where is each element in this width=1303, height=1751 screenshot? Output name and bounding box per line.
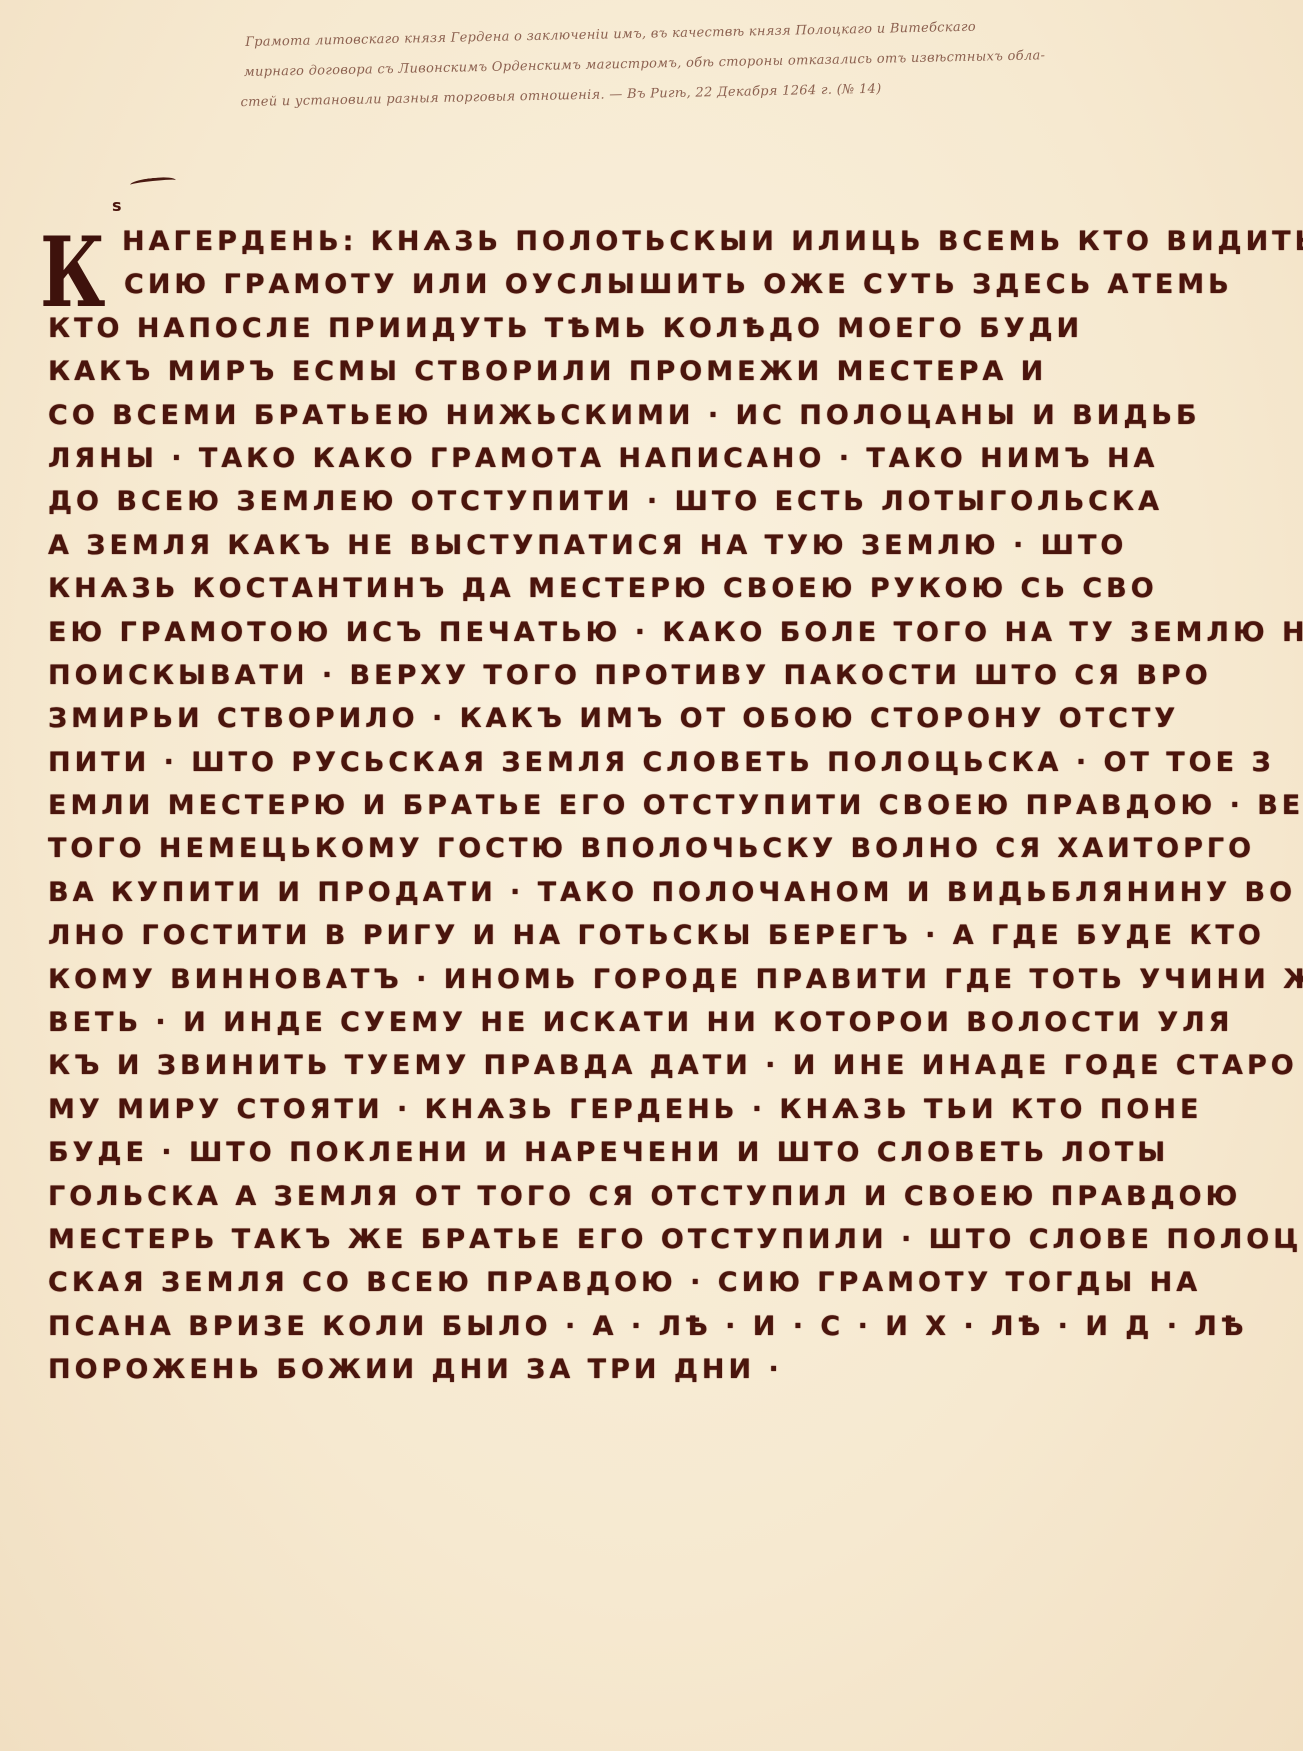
- manuscript-line: ПИТИ · ШТО РУСЬСКАЯ ЗЕМЛЯ СЛОВЕТЬ ПОЛОЦЬ…: [48, 741, 1278, 784]
- manuscript-line: СКАЯ ЗЕМЛЯ СО ВСЕЮ ПРАВДОЮ · СИЮ ГРАМОТУ…: [48, 1261, 1278, 1304]
- manuscript-line: КОМУ ВИННОВАТЪ · ИНОМЬ ГОРОДЕ ПРАВИТИ ГД…: [48, 958, 1278, 1001]
- manuscript-page: Грамота литовскаго князя Гердена о заклю…: [0, 0, 1303, 1751]
- manuscript-line: А ЗЕМЛЯ КАКЪ НЕ ВЫСТУПАТИСЯ НА ТУЮ ЗЕМЛЮ…: [48, 524, 1278, 567]
- manuscript-line: СО ВСЕМИ БРАТЬЕЮ НИЖЬСКИМИ · ИС ПОЛОЦАНЫ…: [48, 394, 1278, 437]
- manuscript-line: ЕМЛИ МЕСТЕРЮ И БРАТЬЕ ЕГО ОТСТУПИТИ СВОЕ…: [48, 784, 1278, 827]
- manuscript-line: КНѦЗЬ КОСТАНТИНЪ ДА МЕСТЕРЮ СВОЕЮ РУКОЮ …: [48, 567, 1278, 610]
- manuscript-line: ВЕТЬ · И ИНДЕ СУЕМУ НЕ ИСКАТИ НИ КОТОРОИ…: [48, 1001, 1278, 1044]
- manuscript-line: КТО НАПОСЛЕ ПРИИДУТЬ ТѢМЬ КОЛѢДО МОЕГО Б…: [48, 307, 1278, 350]
- manuscript-line: МУ МИРУ СТОЯТИ · КНѦЗЬ ГЕРДЕНЬ · КНѦЗЬ Т…: [48, 1088, 1278, 1131]
- manuscript-line: ВА КУПИТИ И ПРОДАТИ · ТАКО ПОЛОЧАНОМ И В…: [48, 871, 1278, 914]
- manuscript-line: БУДЕ · ШТО ПОКЛЕНИ И НАРЕЧЕНИ И ШТО СЛОВ…: [48, 1131, 1278, 1174]
- manuscript-line: ЕЮ ГРАМОТОЮ ИСЪ ПЕЧАТЬЮ · КАКО БОЛЕ ТОГО…: [48, 611, 1278, 654]
- superscript-mark: ѕ: [112, 196, 122, 215]
- manuscript-line: ЛНО ГОСТИТИ В РИГУ И НА ГОТЬСКЫ БЕРЕГЪ ·…: [48, 914, 1278, 957]
- manuscript-line: ПОИСКЫВАТИ · ВЕРХУ ТОГО ПРОТИВУ ПАКОСТИ …: [48, 654, 1278, 697]
- manuscript-line: ЛЯНЫ · ТАКО КАКО ГРАМОТА НАПИСАНО · ТАКО…: [48, 437, 1278, 480]
- editorial-header-note: Грамота литовскаго князя Гердена о заклю…: [245, 9, 1147, 118]
- manuscript-line: КЪ И ЗВИНИТЬ ТУЕМУ ПРАВДА ДАТИ · И ИНЕ И…: [48, 1044, 1278, 1087]
- manuscript-line: КАКЪ МИРЪ ЕСМЫ СТВОРИЛИ ПРОМЕЖИ МЕСТЕРА …: [48, 350, 1278, 393]
- manuscript-line: ПОРОЖЕНЬ БОЖИИ ДНИ ЗА ТРИ ДНИ ·: [48, 1348, 1278, 1391]
- manuscript-line: ГОЛЬСКА А ЗЕМЛЯ ОТ ТОГО СЯ ОТСТУПИЛ И СВ…: [48, 1175, 1278, 1218]
- manuscript-line: ДО ВСЕЮ ЗЕМЛЕЮ ОТСТУПИТИ · ШТО ЕСТЬ ЛОТЫ…: [48, 480, 1278, 523]
- manuscript-line: МЕСТЕРЬ ТАКЪ ЖЕ БРАТЬЕ ЕГО ОТСТУПИЛИ · Ш…: [48, 1218, 1278, 1261]
- manuscript-line: НАГЕРДЕНЬ: КНѦЗЬ ПОЛОТЬСКЫИ ИЛИЦЬ ВСЕМЬ …: [48, 220, 1278, 263]
- manuscript-line: СИЮ ГРАМОТУ ИЛИ ОУСЛЫШИТЬ ОЖЕ СУТЬ ЗДЕСЬ…: [48, 263, 1278, 306]
- manuscript-text: НАГЕРДЕНЬ: КНѦЗЬ ПОЛОТЬСКЫИ ИЛИЦЬ ВСЕМЬ …: [48, 220, 1278, 1392]
- titlo-mark: [130, 176, 177, 190]
- manuscript-line: ЗМИРЬИ СТВОРИЛО · КАКЪ ИМЪ ОТ ОБОЮ СТОРО…: [48, 697, 1278, 740]
- manuscript-line: ПСАНА ВРИЗЕ КОЛИ БЫЛО · А · ЛѢ · И · С ·…: [48, 1305, 1278, 1348]
- manuscript-line: ТОГО НЕМЕЦЬКОМУ ГОСТЮ ВПОЛОЧЬСКУ ВОЛНО С…: [48, 827, 1278, 870]
